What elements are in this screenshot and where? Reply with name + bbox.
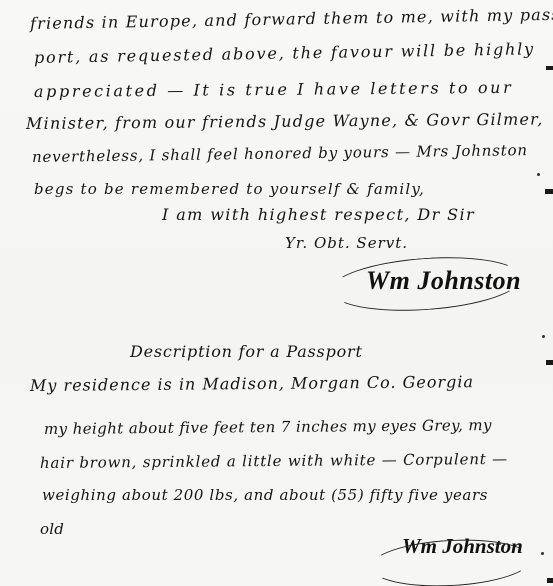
edge-mark (547, 578, 553, 583)
manuscript-page: friends in Europe, and forward them to m… (0, 0, 553, 586)
ink-speck (542, 335, 545, 338)
letter-closing-2: Yr. Obt. Servt. (285, 234, 408, 252)
letter-line-5: nevertheless, I shall feel honored by yo… (32, 141, 528, 166)
letter-line-6: begs to be remembered to yourself & fami… (34, 180, 425, 198)
edge-mark (546, 360, 553, 365)
description-heading: Description for a Passport (130, 342, 363, 361)
description-line-3: hair brown, sprinkled a little with whit… (40, 450, 508, 472)
signature-flourish (328, 251, 523, 316)
description-line-2: my height about five feet ten 7 inches m… (44, 416, 492, 438)
ink-speck (537, 173, 540, 176)
letter-line-1: friends in Europe, and forward them to m… (30, 5, 553, 33)
letter-line-4: Minister, from our friends Judge Wayne, … (26, 109, 544, 133)
edge-mark (546, 66, 553, 70)
ink-speck (541, 552, 544, 555)
description-line-5: old (40, 520, 64, 538)
letter-closing-1: I am with highest respect, Dr Sir (162, 205, 475, 224)
description-line-1: My residence is in Madison, Morgan Co. G… (30, 372, 474, 395)
letter-line-2: port, as requested above, the favour wil… (34, 39, 535, 67)
description-line-4: weighing about 200 lbs, and about (55) f… (42, 486, 488, 504)
letter-line-3: appreciated — It is true I have letters … (34, 78, 513, 101)
edge-mark (545, 189, 553, 194)
signature-flourish (369, 536, 533, 586)
